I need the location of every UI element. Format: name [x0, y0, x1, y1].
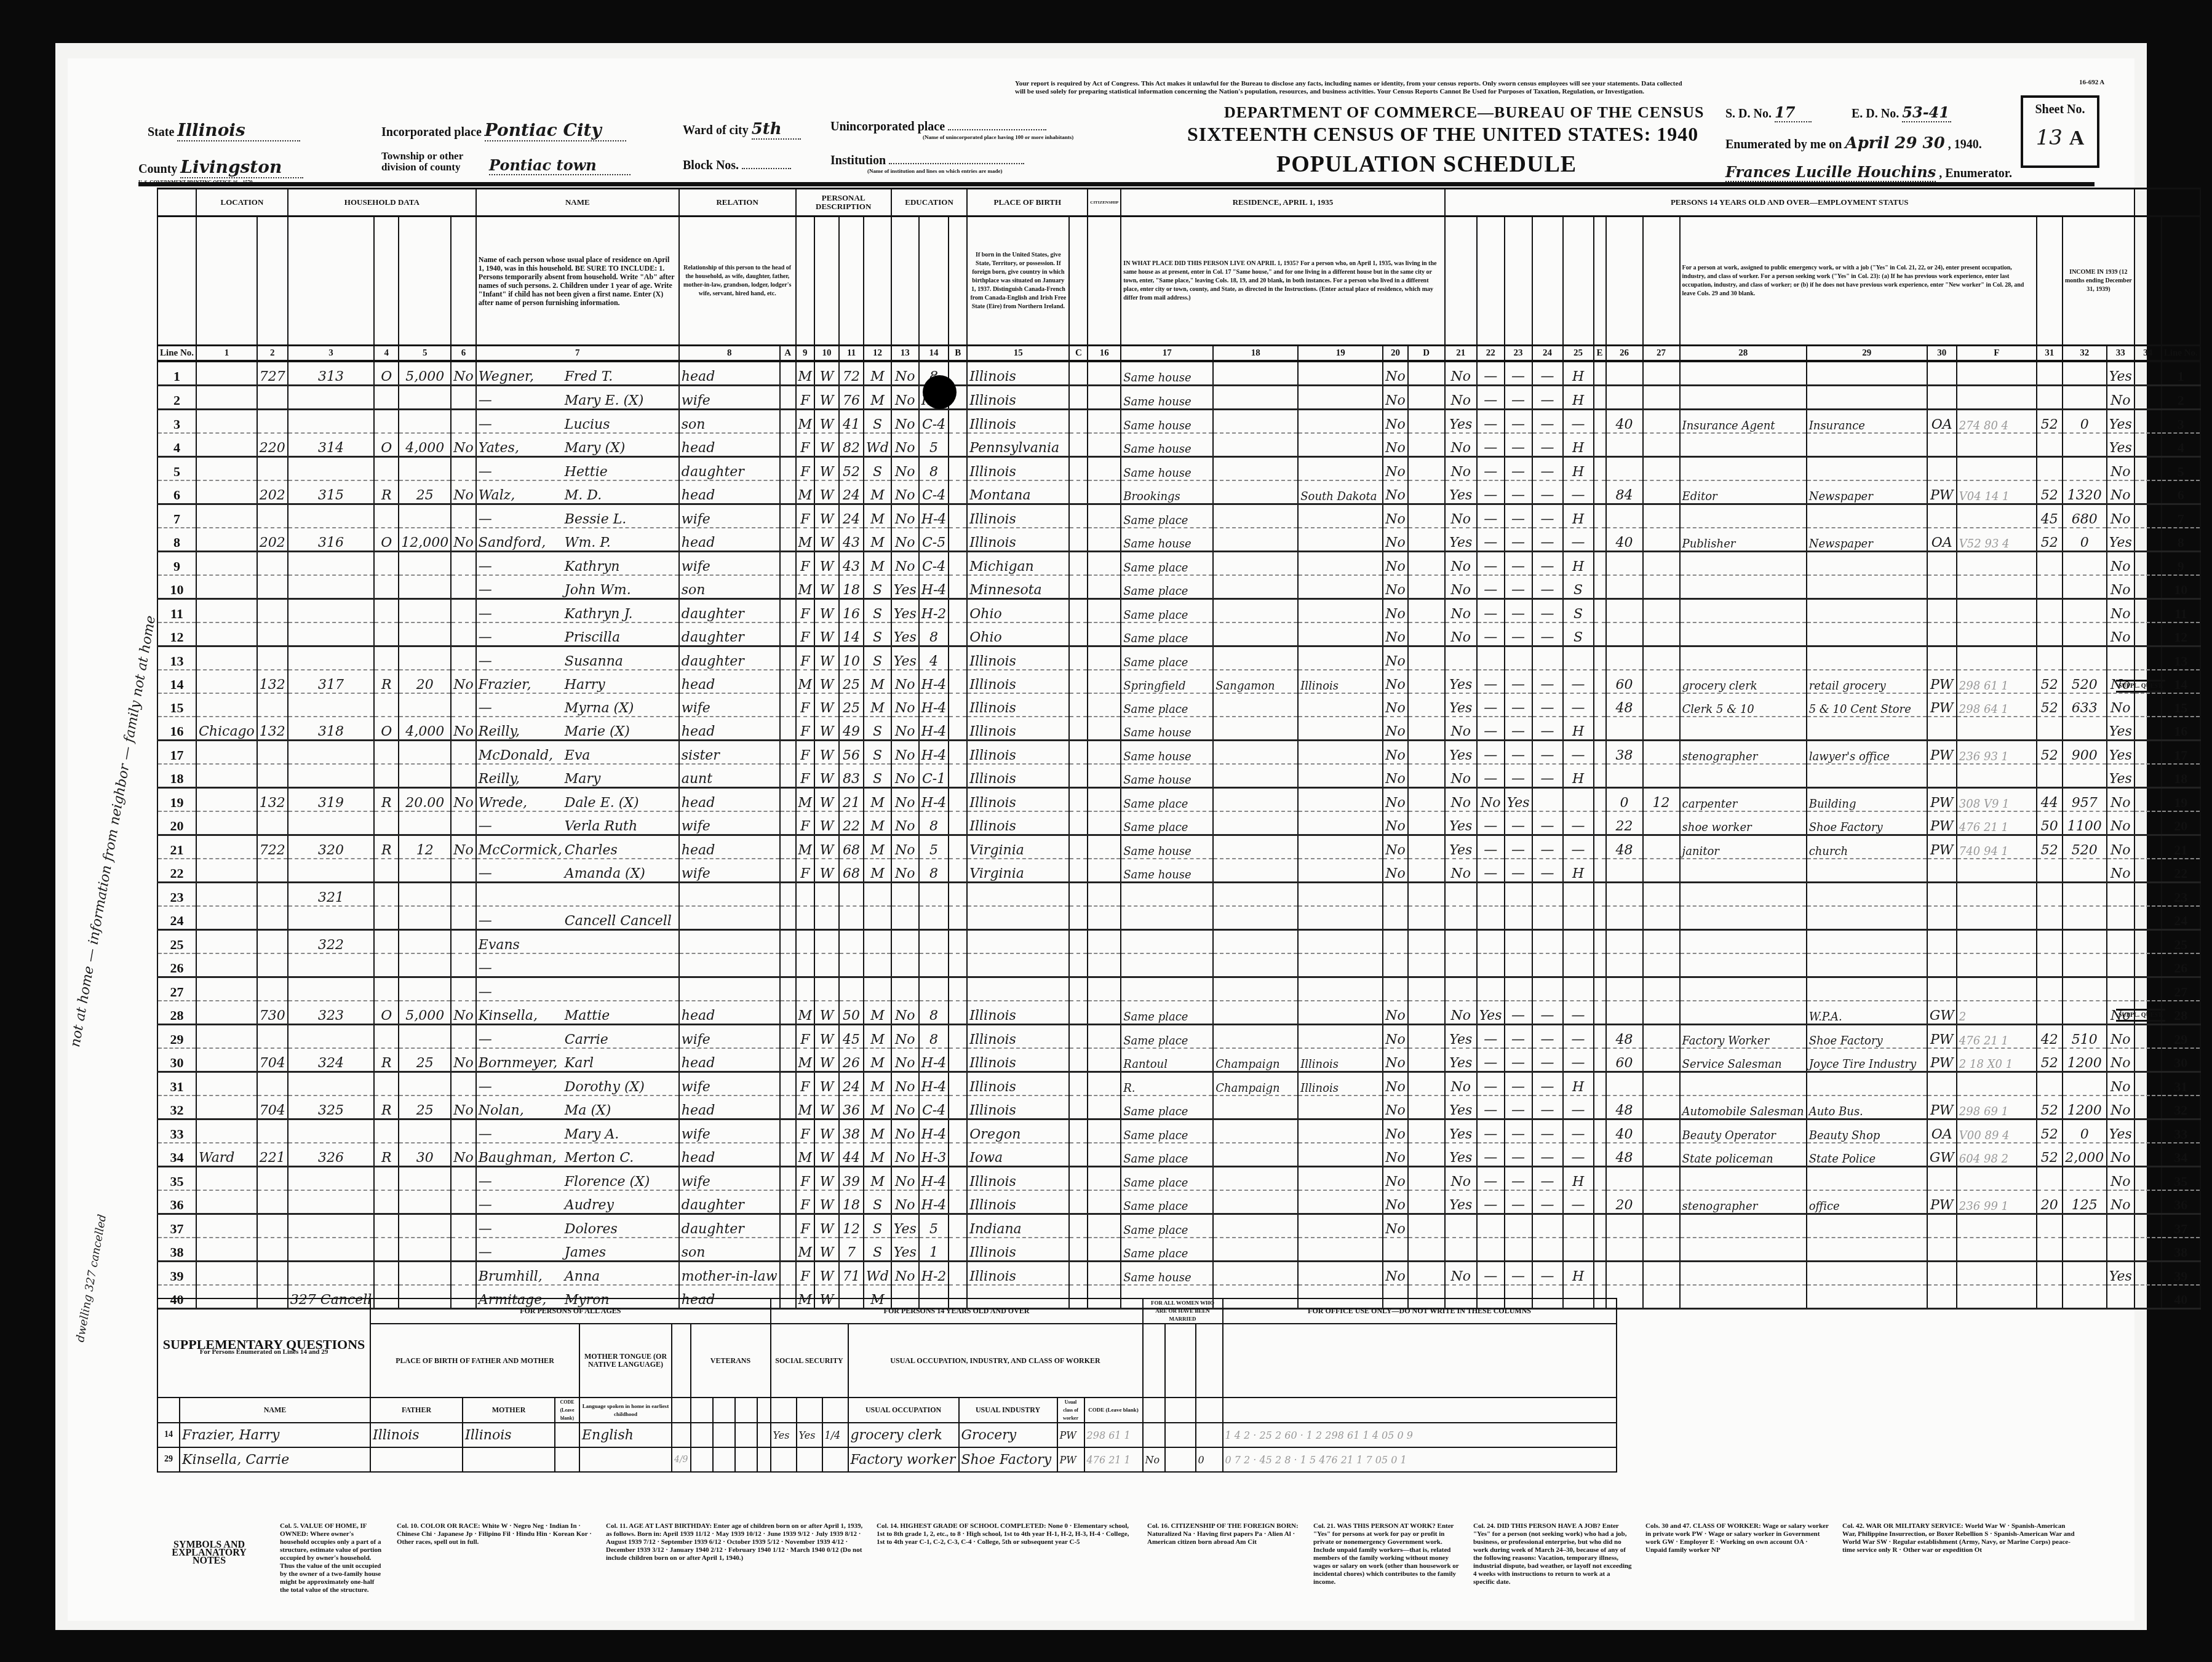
res-farm-cell: No [1383, 811, 1408, 835]
c24-cell: — [1532, 1072, 1563, 1096]
occupation-cell [1680, 1001, 1807, 1025]
given-name: Kathryn [565, 559, 620, 575]
c27-cell [1643, 1048, 1680, 1072]
surname: Wegner, [479, 369, 565, 384]
res-farm-cell: No [1383, 717, 1408, 741]
class-cell: PW [1927, 835, 1957, 859]
birthplace-cell: Illinois [967, 811, 1069, 835]
c25-cell: H [1563, 433, 1594, 457]
code-cell [1088, 788, 1121, 812]
code-cell [949, 1095, 967, 1119]
industry-cell [1807, 1262, 1927, 1286]
sex-cell: F [796, 859, 815, 883]
sex-cell: F [796, 552, 815, 576]
relation-cell: wife [679, 811, 780, 835]
age-cell: 56 [839, 741, 864, 765]
code-cell [1088, 480, 1121, 504]
column-number: 6 [451, 346, 476, 362]
res-state-cell [1298, 741, 1383, 765]
institution-label: Institution [830, 154, 886, 167]
sex-cell: F [796, 433, 815, 457]
res-farm-cell: No [1383, 1048, 1408, 1072]
owned-cell [374, 504, 399, 528]
weeks-cell: 52 [2037, 670, 2063, 693]
name-cell: Wegner,Fred T. [476, 361, 679, 386]
class-cell: PW [1927, 1025, 1957, 1049]
table-row: 25322Evans25 [157, 930, 2200, 954]
line-number: 12 [157, 622, 196, 646]
house-cell: 132 [257, 717, 288, 741]
industry-cell: Insurance [1807, 410, 1927, 434]
column-number: Line No. [157, 346, 196, 362]
wages-cell [2063, 433, 2107, 457]
res-city-cell [1121, 953, 1213, 977]
age-cell: 16 [839, 599, 864, 623]
weeks-cell: 52 [2037, 693, 2063, 717]
house-cell: 722 [257, 835, 288, 859]
c24-cell: — [1532, 386, 1563, 410]
farm-cell: No [451, 361, 476, 386]
c25-cell: — [1563, 693, 1594, 717]
wages-cell [2063, 386, 2107, 410]
value-cell: 12,000 [399, 528, 451, 552]
line-number: 12 [2162, 622, 2200, 646]
incorporated-value: Pontiac City [485, 120, 626, 141]
c21-cell: No [1445, 1262, 1477, 1286]
surname: Bornmeyer, [479, 1056, 565, 1071]
ed-label: E. D. No. [1852, 107, 1899, 121]
owned-cell: O [374, 1001, 399, 1025]
column-number: 32 [2063, 346, 2107, 362]
c27-cell [1643, 361, 1680, 386]
form-number: 16-692 A [2079, 79, 2104, 86]
supp-h-father: FATHER [370, 1398, 463, 1423]
farm-cell: No [451, 1095, 476, 1119]
sex-cell: M [796, 835, 815, 859]
c24-cell: — [1532, 1095, 1563, 1119]
res-state-cell [1298, 1190, 1383, 1214]
value-cell [399, 859, 451, 883]
code-cell [1594, 1214, 1606, 1238]
race-cell: W [814, 788, 839, 812]
code-cell [1594, 410, 1606, 434]
res-farm-cell: No [1383, 670, 1408, 693]
age-cell: 68 [839, 835, 864, 859]
code-cell: V00 89 4 [1957, 1119, 2037, 1143]
c27-cell [1643, 1072, 1680, 1096]
res-county-cell [1213, 953, 1298, 977]
marital-cell [864, 977, 891, 1001]
line-number: 27 [157, 977, 196, 1001]
population-table: LOCATION HOUSEHOLD DATA NAME RELATION PE… [157, 188, 2201, 1310]
code-cell [1408, 977, 1445, 1001]
birthplace-cell: Illinois [967, 1001, 1069, 1025]
code-cell [780, 811, 796, 835]
marital-cell: M [864, 480, 891, 504]
school-cell: No [891, 480, 919, 504]
code-cell [1088, 646, 1121, 670]
c23-cell: — [1505, 1190, 1532, 1214]
occupation-cell: State policeman [1680, 1143, 1807, 1167]
code-cell [1069, 528, 1088, 552]
weeks-cell [2037, 1262, 2063, 1286]
line-number: 24 [157, 906, 196, 930]
res-farm-cell: No [1383, 835, 1408, 859]
wages-cell [2063, 1072, 2107, 1096]
name-cell: Brumhill,Anna [476, 1262, 679, 1286]
age-cell [839, 906, 864, 930]
school-cell: No [891, 433, 919, 457]
house-cell [257, 1238, 288, 1262]
res-city-cell: Rantoul [1121, 1048, 1213, 1072]
res-farm-cell: No [1383, 622, 1408, 646]
dwelling-cell: 323 [288, 1001, 375, 1025]
code-cell [1408, 552, 1445, 576]
ward-field: Ward of city 5th [683, 120, 801, 140]
c22-cell [1477, 646, 1505, 670]
c23-cell: — [1505, 386, 1532, 410]
surname: — [479, 1222, 565, 1237]
code-cell: 604 98 2 [1957, 1143, 2037, 1167]
enumerator-field: Frances Lucille Houchins , Enumerator. [1725, 163, 2012, 182]
code-cell [1957, 764, 2037, 788]
unincorporated-field: Unincorporated place (Name of unincorpor… [830, 120, 1073, 140]
code-cell [780, 717, 796, 741]
surname: Evans [479, 937, 565, 953]
c25-cell: H [1563, 717, 1594, 741]
code-cell [780, 670, 796, 693]
c23-cell: Yes [1505, 788, 1532, 812]
wages-cell [2063, 1262, 2107, 1286]
age-cell: 22 [839, 811, 864, 835]
code-cell [2134, 622, 2162, 646]
value-cell [399, 1190, 451, 1214]
class-cell [1927, 646, 1957, 670]
c22-cell: — [1477, 811, 1505, 835]
res-county-cell [1213, 528, 1298, 552]
c24-cell: — [1532, 1167, 1563, 1191]
sheet-label: Sheet No. [2023, 103, 2097, 117]
dwelling-cell [288, 599, 375, 623]
code-cell [1069, 622, 1088, 646]
supp-all-ages: FOR PERSONS OF ALL AGES [370, 1298, 771, 1324]
column-number: 20 [1383, 346, 1408, 362]
marital-cell: Wd [864, 1262, 891, 1286]
occupation-cell [1680, 883, 1807, 907]
code-cell [780, 953, 796, 977]
sex-cell: F [796, 693, 815, 717]
farm-cell: No [451, 480, 476, 504]
code-cell [2134, 1190, 2162, 1214]
class-cell: PW [1927, 811, 1957, 835]
res-city-cell: Same place [1121, 1025, 1213, 1049]
name-cell: Evans [476, 930, 679, 954]
birthplace-cell: Illinois [967, 1167, 1069, 1191]
code-cell [1088, 622, 1121, 646]
code-cell [1408, 883, 1445, 907]
race-cell: W [814, 646, 839, 670]
race-cell: W [814, 575, 839, 599]
given-name: Dale E. (X) [565, 795, 639, 811]
owned-cell [374, 859, 399, 883]
marital-cell: M [864, 361, 891, 386]
weeks-cell [2037, 552, 2063, 576]
res-state-cell [1298, 1238, 1383, 1262]
code-cell [780, 1238, 796, 1262]
code-cell [2134, 1119, 2162, 1143]
code-cell [780, 788, 796, 812]
c26-cell [1606, 859, 1643, 883]
res-farm-cell [1383, 883, 1408, 907]
farm-cell: No [451, 788, 476, 812]
dwelling-cell: 313 [288, 361, 375, 386]
res-farm-cell: No [1383, 859, 1408, 883]
sex-cell: M [796, 1095, 815, 1119]
relation-cell: head [679, 717, 780, 741]
c27-cell [1643, 859, 1680, 883]
street-cell [196, 575, 257, 599]
code-cell [1408, 457, 1445, 481]
code-cell [949, 835, 967, 859]
code-cell [2134, 788, 2162, 812]
industry-cell [1807, 552, 1927, 576]
c26-cell [1606, 622, 1643, 646]
code-cell [949, 788, 967, 812]
c21-cell: No [1445, 552, 1477, 576]
marital-cell: M [864, 1095, 891, 1119]
occupation-cell: Beauty Operator [1680, 1119, 1807, 1143]
code-cell [1069, 835, 1088, 859]
c26-cell [1606, 1167, 1643, 1191]
code-cell [1088, 670, 1121, 693]
code-cell [780, 457, 796, 481]
birthplace-cell: Illinois [967, 504, 1069, 528]
code-cell [2134, 953, 2162, 977]
code-cell [1069, 1214, 1088, 1238]
column-number: F [1957, 346, 2037, 362]
name-cell: —Mary A. [476, 1119, 679, 1143]
relation-cell: head [679, 1095, 780, 1119]
c21-cell: Yes [1445, 693, 1477, 717]
table-row: 3—LuciussonMW41SNoC-4IllinoisSame houseN… [157, 410, 2200, 434]
code-cell [1408, 741, 1445, 765]
industry-cell [1807, 599, 1927, 623]
c23-cell [1505, 906, 1532, 930]
c26-cell [1606, 1238, 1643, 1262]
grade-cell: H-4 [919, 1119, 949, 1143]
township-field: Township or other division of county Pon… [381, 151, 670, 175]
school-cell: No [891, 457, 919, 481]
house-cell [257, 410, 288, 434]
age-cell: 52 [839, 457, 864, 481]
code-cell [2134, 1048, 2162, 1072]
street-cell [196, 1262, 257, 1286]
col-group-name: NAME [476, 189, 679, 217]
occupation-cell: stenographer [1680, 741, 1807, 765]
weeks-cell [2037, 883, 2063, 907]
res-state-cell [1298, 410, 1383, 434]
res-state-cell [1298, 599, 1383, 623]
street-cell: Ward [196, 1143, 257, 1167]
supp-veterans: VETERANS [691, 1324, 771, 1398]
house-cell: 220 [257, 433, 288, 457]
c22-cell: — [1477, 1190, 1505, 1214]
supp-h-usual-ind: USUAL INDUSTRY [959, 1398, 1057, 1423]
grade-cell: C-4 [919, 1095, 949, 1119]
code-cell [1594, 552, 1606, 576]
c26-cell [1606, 1072, 1643, 1096]
owned-cell [374, 1167, 399, 1191]
enumerator-name: Frances Lucille Houchins [1725, 163, 1936, 182]
house-cell: 727 [257, 361, 288, 386]
industry-cell [1807, 646, 1927, 670]
res-city-cell: Same house [1121, 433, 1213, 457]
c26-cell [1606, 552, 1643, 576]
code-cell [1069, 410, 1088, 434]
code-cell [1088, 1048, 1121, 1072]
house-cell: 221 [257, 1143, 288, 1167]
code-cell [1088, 1095, 1121, 1119]
c26-cell: 40 [1606, 528, 1643, 552]
c27-cell [1643, 670, 1680, 693]
res-state-cell [1298, 1119, 1383, 1143]
marital-cell: M [864, 835, 891, 859]
surname: — [479, 582, 565, 598]
code-cell [1069, 1001, 1088, 1025]
surname: Yates, [479, 440, 565, 456]
c24-cell: — [1532, 811, 1563, 835]
c26-cell [1606, 575, 1643, 599]
occupation-cell [1680, 1072, 1807, 1096]
owned-cell: O [374, 433, 399, 457]
c25-cell: H [1563, 361, 1594, 386]
age-cell: 83 [839, 764, 864, 788]
code-cell [1408, 717, 1445, 741]
marital-cell: Wd [864, 433, 891, 457]
age-cell [839, 977, 864, 1001]
c27-cell [1643, 1143, 1680, 1167]
code-cell [1088, 410, 1121, 434]
code-cell [1088, 930, 1121, 954]
c23-cell: — [1505, 1095, 1532, 1119]
other-income-cell: No [2107, 480, 2134, 504]
dwelling-cell [288, 1072, 375, 1096]
surname: Kinsella, [479, 1008, 565, 1024]
code-cell [949, 1001, 967, 1025]
surname: — [479, 1174, 565, 1190]
marital-cell: M [864, 811, 891, 835]
farm-cell: No [451, 1001, 476, 1025]
code-cell [1088, 859, 1121, 883]
table-row: 28730323O5,000NoKinsella,MattieheadMW50M… [157, 1001, 2200, 1025]
wages-cell: 520 [2063, 670, 2107, 693]
race-cell: W [814, 764, 839, 788]
c22-cell [1477, 906, 1505, 930]
institution-field: Institution (Name of institution and lin… [830, 154, 1024, 174]
code-cell [1957, 859, 2037, 883]
sd-field: S. D. No. 17 [1725, 103, 1812, 122]
code-cell [2134, 575, 2162, 599]
supp-h-name: NAME [180, 1398, 370, 1423]
grade-cell: 8 [919, 457, 949, 481]
relation-cell: head [679, 1143, 780, 1167]
code-cell [1088, 1143, 1121, 1167]
line-number: 40 [2162, 1285, 2200, 1309]
code-cell: V04 14 1 [1957, 480, 2037, 504]
c22-cell [1477, 1238, 1505, 1262]
code-cell [2134, 1285, 2162, 1309]
code-cell [1088, 977, 1121, 1001]
relation-cell: daughter [679, 457, 780, 481]
res-city-cell: Same house [1121, 361, 1213, 386]
line-number: 17 [157, 741, 196, 765]
c21-cell: Yes [1445, 1025, 1477, 1049]
code-cell [949, 1214, 967, 1238]
block-field: Block Nos. [683, 159, 791, 173]
dwelling-cell [288, 1238, 375, 1262]
line-number: 30 [2162, 1048, 2200, 1072]
school-cell: No [891, 811, 919, 835]
c25-cell: — [1563, 1095, 1594, 1119]
grade-cell: H-4 [919, 1072, 949, 1096]
code-cell [780, 741, 796, 765]
code-cell [949, 693, 967, 717]
relation-cell: wife [679, 1025, 780, 1049]
res-city-cell: Same place [1121, 1001, 1213, 1025]
c27-cell [1643, 1262, 1680, 1286]
race-cell: W [814, 622, 839, 646]
race-cell: W [814, 717, 839, 741]
res-state-cell [1298, 1001, 1383, 1025]
code-cell [1594, 1119, 1606, 1143]
farm-cell: No [451, 1143, 476, 1167]
c25-cell [1563, 977, 1594, 1001]
table-row: 20—Verla RuthwifeFW22MNo8IllinoisSame pl… [157, 811, 2200, 835]
res-county-cell [1213, 386, 1298, 410]
surname: — [479, 985, 565, 1000]
c24-cell: — [1532, 480, 1563, 504]
line-number: 10 [157, 575, 196, 599]
owned-cell [374, 1262, 399, 1286]
code-cell [2134, 457, 2162, 481]
c24-cell: — [1532, 410, 1563, 434]
other-income-cell: No [2107, 1190, 2134, 1214]
name-cell: —Florence (X) [476, 1167, 679, 1191]
occupation-cell [1680, 977, 1807, 1001]
code-cell [1088, 906, 1121, 930]
res-farm-cell: No [1383, 646, 1408, 670]
name-cell: —Cancell Cancell [476, 906, 679, 930]
age-cell: 76 [839, 386, 864, 410]
code-cell [2134, 883, 2162, 907]
relation-cell [679, 953, 780, 977]
owned-cell [374, 457, 399, 481]
other-income-cell: No [2107, 457, 2134, 481]
surname: — [479, 1080, 565, 1095]
c26-cell [1606, 386, 1643, 410]
weeks-cell: 52 [2037, 480, 2063, 504]
wages-cell: 1320 [2063, 480, 2107, 504]
birthplace-cell: Illinois [967, 693, 1069, 717]
code-cell [2134, 386, 2162, 410]
res-farm-cell: No [1383, 528, 1408, 552]
res-county-cell [1213, 906, 1298, 930]
race-cell: W [814, 1095, 839, 1119]
occupation-cell [1680, 457, 1807, 481]
c24-cell [1532, 1214, 1563, 1238]
farm-cell [451, 1262, 476, 1286]
c23-cell [1505, 646, 1532, 670]
